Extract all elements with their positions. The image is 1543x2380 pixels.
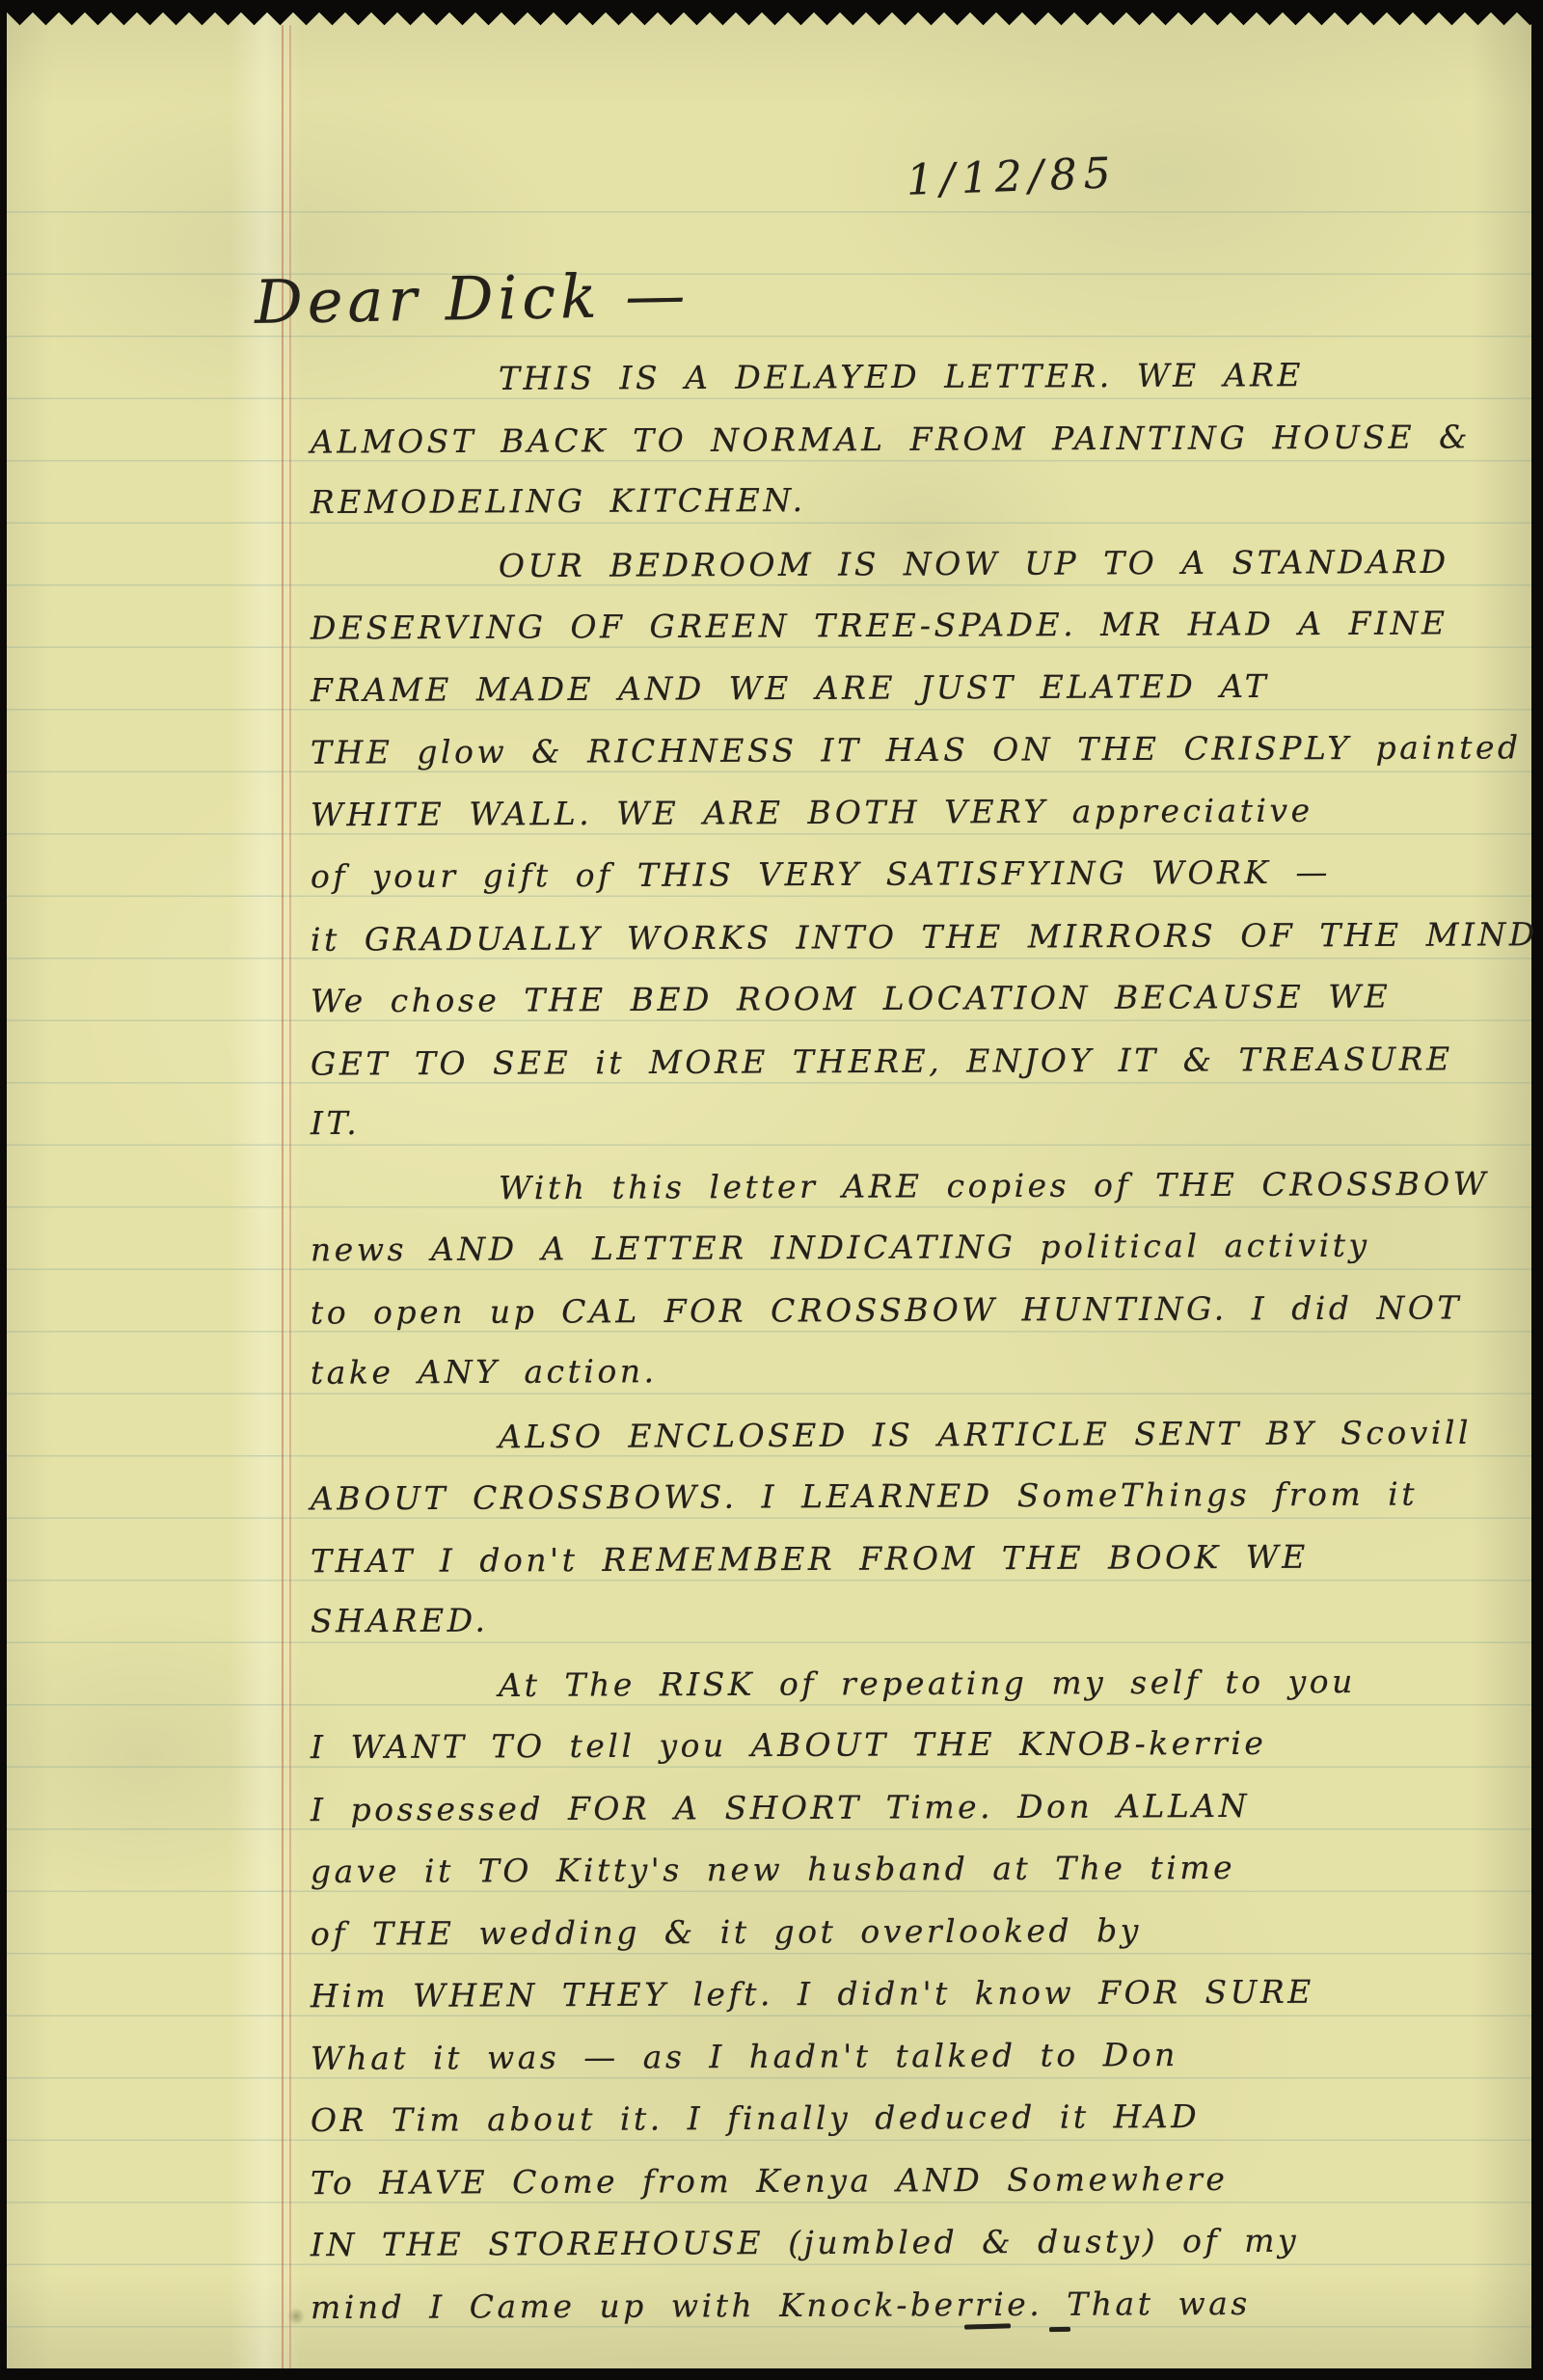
letter-line-10: it GRADUALLY WORKS INTO THE MIRRORS OF T… xyxy=(311,917,1538,958)
letter-line-26: of THE wedding & it got overlooked by xyxy=(311,1913,1142,1952)
letter-line-16: to open up CAL FOR CROSSBOW HUNTING. I d… xyxy=(311,1290,1462,1331)
letter-line-2: ALMOST BACK TO NORMAL FROM PAINTING HOUS… xyxy=(311,419,1471,460)
letter-line-15: news AND A LETTER INDICATING political a… xyxy=(311,1229,1370,1268)
letter-line-8: WHITE WALL. WE ARE BOTH VERY appreciativ… xyxy=(311,793,1313,832)
letter-line-3: REMODELING KITCHEN. xyxy=(311,483,806,521)
letter-line-25: gave it TO Kitty's new husband at The ti… xyxy=(311,1851,1235,1889)
margin-line-outer xyxy=(282,25,284,2368)
letter-line-21: SHARED. xyxy=(311,1604,489,1639)
letter-line-6: FRAME MADE AND WE ARE JUST ELATED AT xyxy=(311,668,1269,708)
letter-line-31: IN THE STOREHOUSE (jumbled & dusty) of m… xyxy=(311,2224,1299,2263)
letter-line-19: ABOUT CROSSBOWS. I LEARNED SomeThings fr… xyxy=(311,1476,1418,1516)
margin-line-inner xyxy=(289,25,291,2368)
letter-line-27: Him WHEN THEY left. I didn't know FOR SU… xyxy=(311,1975,1314,2015)
letter-line-11: We chose THE BED ROOM LOCATION BECAUSE W… xyxy=(311,980,1391,1019)
letter-line-14: With this letter ARE copies of THE CROSS… xyxy=(499,1166,1489,1205)
letter-line-18: ALSO ENCLOSED IS ARTICLE SENT BY Scovill xyxy=(499,1415,1472,1454)
torn-perforation-edge xyxy=(7,12,1531,25)
letter-line-20: THAT I don't REMEMBER FROM THE BOOK WE xyxy=(311,1539,1309,1579)
letter-line-7: THE glow & RICHNESS IT HAS ON THE CRISPL… xyxy=(311,730,1522,771)
letter-line-13: IT. xyxy=(311,1106,360,1142)
letter-line-5: DESERVING OF GREEN TREE-SPADE. MR HAD A … xyxy=(311,606,1448,645)
letter-line-1: THIS IS A DELAYED LETTER. WE ARE xyxy=(499,358,1304,396)
letter-line-24: I possessed FOR A SHORT Time. Don ALLAN xyxy=(311,1788,1250,1827)
letter-line-32: mind I Came up with Knock-berrie. That w… xyxy=(311,2285,1251,2325)
letter-line-23: I WANT TO tell you ABOUT THE KNOB-kerrie xyxy=(311,1726,1267,1766)
letter-line-9: of your gift of THIS VERY SATISFYING WOR… xyxy=(311,855,1331,895)
letter-line-30: To HAVE Come from Kenya AND Somewhere xyxy=(311,2161,1229,2200)
letter-line-12: GET TO SEE it MORE THERE, ENJOY IT & TRE… xyxy=(311,1041,1453,1081)
letter-line-29: OR Tim about it. I finally deduced it HA… xyxy=(311,2099,1200,2138)
letter-salutation: Dear Dick — xyxy=(254,262,690,336)
letter-line-22: At The RISK of repeating my self to you xyxy=(499,1664,1356,1703)
letter-line-28: What it was — as I hadn't talked to Don xyxy=(311,2038,1178,2076)
letter-date: 1/12/85 xyxy=(906,150,1118,204)
letter-line-4: OUR BEDROOM IS NOW UP TO A STANDARD xyxy=(499,544,1449,583)
emphasis-dash-2 xyxy=(1049,2327,1070,2332)
letter-line-17: take ANY action. xyxy=(311,1354,658,1391)
scanned-letter-page: 1/12/85 Dear Dick — THIS IS A DELAYED LE… xyxy=(0,0,1543,2380)
